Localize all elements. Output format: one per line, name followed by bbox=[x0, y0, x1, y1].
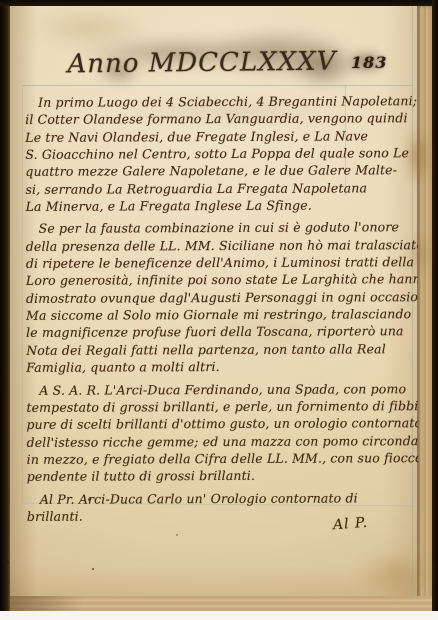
book-binding-gutter bbox=[0, 0, 10, 612]
ink-speck bbox=[4, 560, 9, 564]
book-fore-edge bbox=[417, 6, 433, 604]
manuscript-line: Famiglia, quanto a molti altri. bbox=[26, 357, 418, 376]
manuscript-line: le magnificenze profuse fuori della Tosc… bbox=[26, 323, 418, 342]
manuscript-line: Al Pr. Arci-Duca Carlo un' Orologio cont… bbox=[27, 489, 419, 508]
photo-frame-bottom bbox=[0, 611, 438, 620]
page-title: Anno MDCCLXXXV bbox=[62, 47, 342, 80]
paragraph-fleet-order: In primo Luogo dei 4 Sciabecchi, 4 Brega… bbox=[25, 92, 418, 215]
manuscript-line: Loro generosità, infinite poi sono state… bbox=[26, 271, 418, 290]
manuscript-text-block: In primo Luogo dei 4 Sciabecchi, 4 Brega… bbox=[25, 92, 419, 525]
manuscript-line: pendente il tutto di grossi brillanti. bbox=[27, 466, 419, 485]
manuscript-line: dell'istesso ricche gemme; ed una mazza … bbox=[27, 432, 419, 451]
manuscript-line: Se per la fausta combinazione in cui si … bbox=[26, 219, 418, 238]
manuscript-line: La Minerva, e La Fregata Inglese La Sfin… bbox=[26, 196, 418, 215]
paragraph-royal-generosity: Se per la fausta combinazione in cui si … bbox=[26, 219, 419, 377]
ink-speck bbox=[176, 534, 178, 536]
manuscript-line: A S. A. R. L'Arci-Duca Ferdinando, una S… bbox=[26, 380, 418, 399]
manuscript-line: S. Gioacchino nel Centro, sotto La Poppa… bbox=[25, 144, 417, 163]
manuscript-line: in mezzo, e fregiato della Cifra delle L… bbox=[27, 449, 419, 468]
manuscript-line: della presenza delle LL. MM. Siciliane n… bbox=[26, 236, 418, 255]
manuscript-photo: Anno MDCCLXXXV 183 In primo Luogo dei 4 … bbox=[0, 0, 438, 620]
ink-speck bbox=[92, 568, 94, 570]
page-number: 183 bbox=[351, 53, 387, 72]
photo-frame-top bbox=[0, 0, 438, 6]
margin-rule-top bbox=[22, 85, 413, 86]
manuscript-line: Nota dei Regali fatti nella partenza, no… bbox=[26, 340, 418, 359]
paragraph-gifts-ferdinando: A S. A. R. L'Arci-Duca Ferdinando, una S… bbox=[26, 380, 418, 486]
manuscript-line: pure di scelti brillanti d'ottimo gusto,… bbox=[26, 414, 418, 433]
manuscript-line: Le tre Navi Olandesi, due Fregate Ingles… bbox=[25, 127, 417, 146]
manuscript-line: il Cotter Olandese formano La Vanguardia… bbox=[25, 109, 417, 128]
manuscript-line: si, serrando La Retroguardia La Fregata … bbox=[25, 179, 417, 198]
photo-frame-right bbox=[432, 0, 438, 612]
manuscript-line: Ma siccome al Solo mio Giornale mi restr… bbox=[26, 305, 418, 324]
catchword: Al P. bbox=[332, 515, 368, 533]
manuscript-line: quattro mezze Galere Napoletane, e le du… bbox=[25, 162, 417, 181]
margin-rule-left bbox=[22, 86, 23, 506]
manuscript-line: dimostrato ovunque dagl'Augusti Personag… bbox=[26, 288, 418, 307]
manuscript-line: di ripetere le beneficenze dell'Animo, i… bbox=[26, 253, 418, 272]
manuscript-line: tempestato di grossi brillanti, e perle,… bbox=[26, 397, 418, 416]
manuscript-line: In primo Luogo dei 4 Sciabecchi, 4 Brega… bbox=[25, 92, 417, 111]
